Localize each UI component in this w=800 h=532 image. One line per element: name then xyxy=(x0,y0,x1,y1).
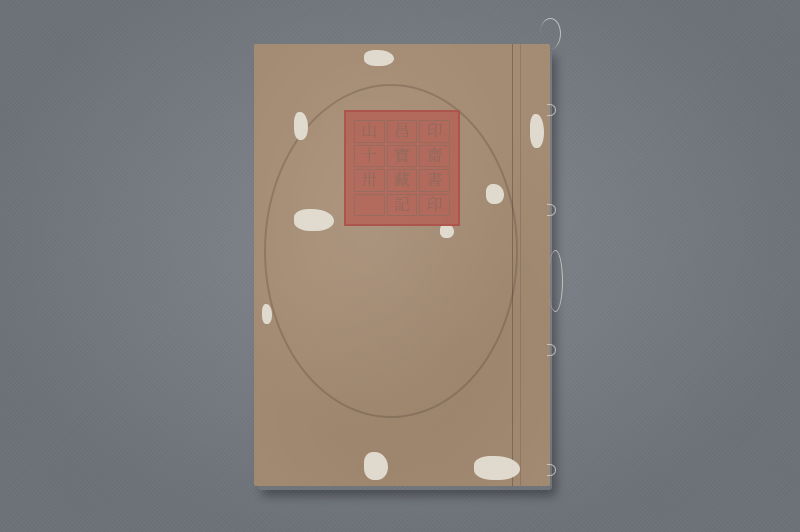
seal-character: 印 xyxy=(419,194,450,217)
spine-fold-line-2 xyxy=(520,44,521,486)
seal-character xyxy=(354,194,385,217)
seal-character: 書 xyxy=(419,169,450,192)
paper-tear xyxy=(294,112,308,140)
paper-tear xyxy=(364,50,394,66)
paper-tear xyxy=(486,184,504,204)
seal-character: 十 xyxy=(354,145,385,168)
paper-tear xyxy=(440,224,454,238)
paper-tear xyxy=(474,456,520,480)
seal-character: 寶 xyxy=(387,145,418,168)
seal-character: 昌 xyxy=(387,120,418,143)
seal-character: 山 xyxy=(354,120,385,143)
spine-fold-line xyxy=(512,44,513,486)
seal-character: 卅 xyxy=(354,169,385,192)
paper-tear xyxy=(294,209,334,231)
seal-character: 齋 xyxy=(419,145,450,168)
loose-thread xyxy=(548,250,563,312)
binding-stitch xyxy=(547,204,556,216)
red-seal-stamp: 山 昌 印 十 寶 齋 卅 藏 書 記 印 xyxy=(344,110,460,226)
seal-character: 印 xyxy=(419,120,450,143)
paper-tear xyxy=(262,304,272,324)
seal-character: 藏 xyxy=(387,169,418,192)
antique-book: 山 昌 印 十 寶 齋 卅 藏 書 記 印 xyxy=(254,44,550,486)
paper-tear xyxy=(364,452,388,480)
loose-thread xyxy=(540,18,561,49)
binding-stitch xyxy=(547,104,556,116)
binding-stitch xyxy=(547,464,556,476)
seal-character: 記 xyxy=(387,194,418,217)
paper-tear xyxy=(530,114,544,148)
binding-stitch xyxy=(547,344,556,356)
